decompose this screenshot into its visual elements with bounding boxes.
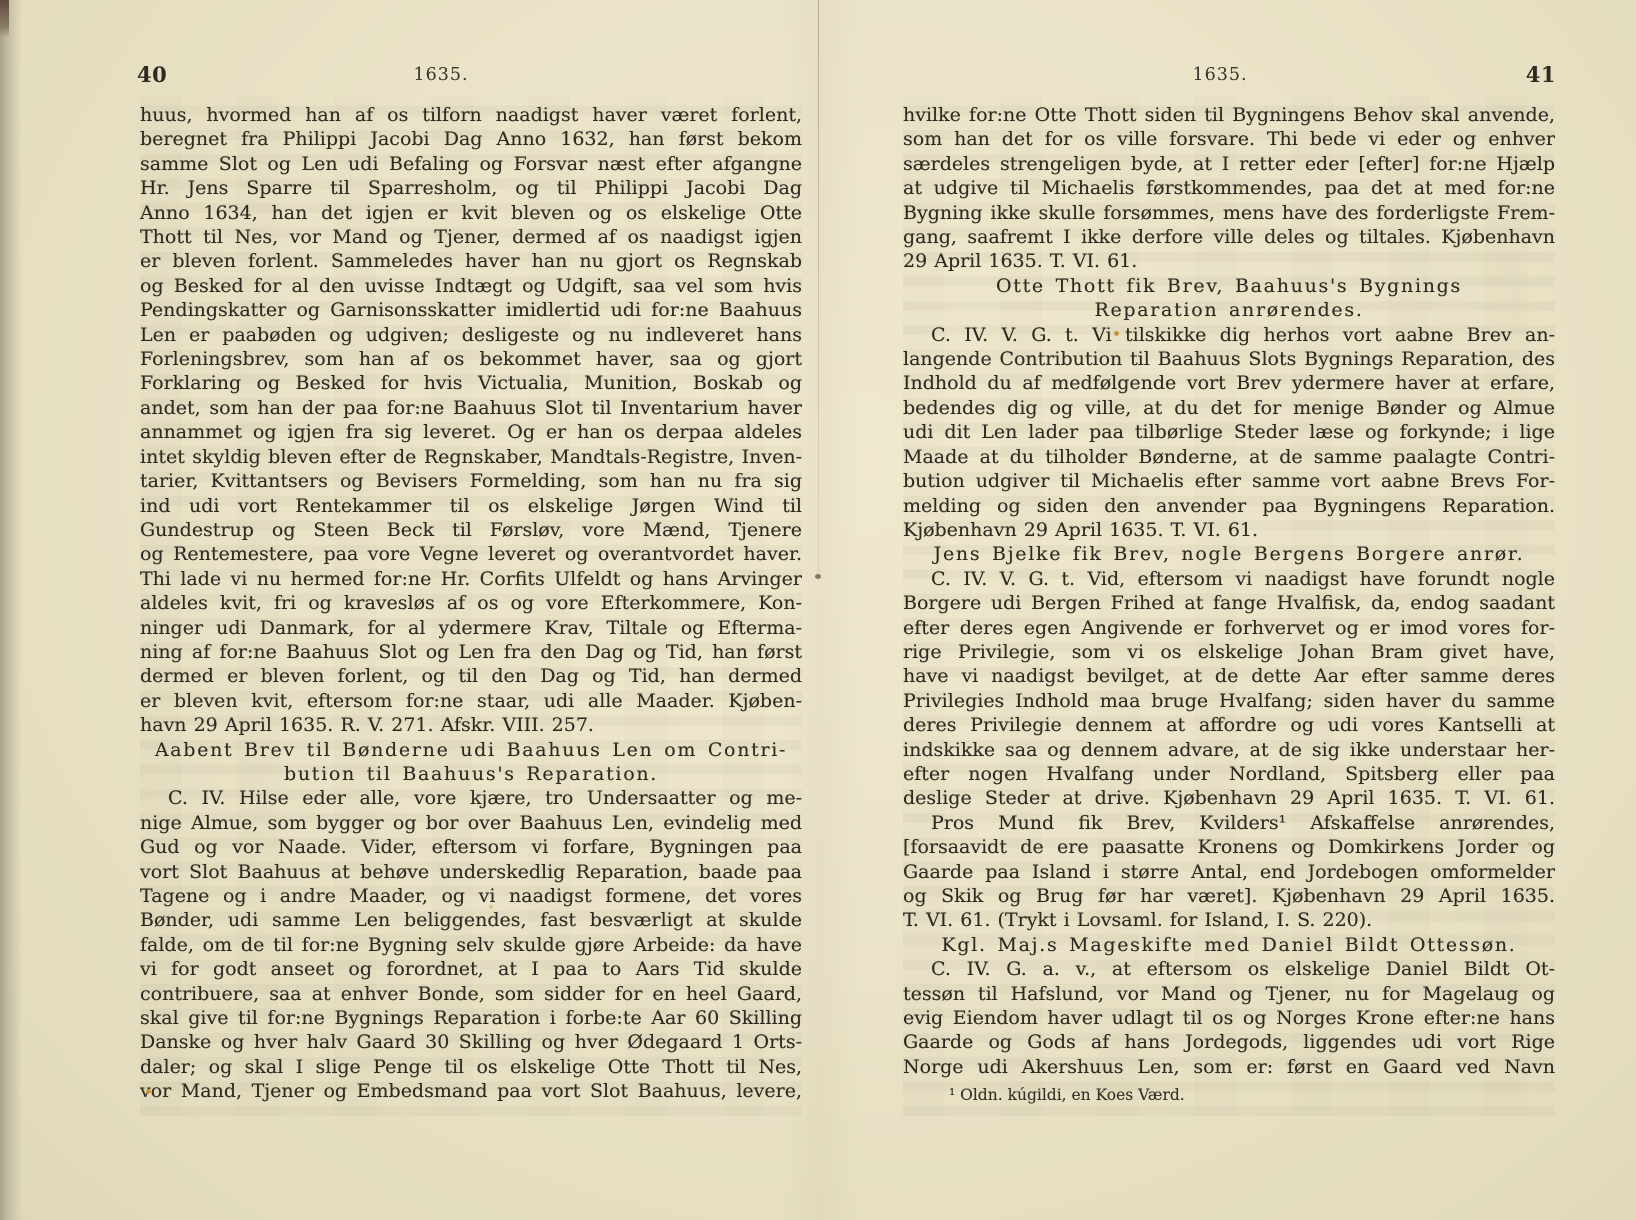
text-line: deslige Steder at drive. Kjøbenhavn 29 A… [903, 786, 1555, 810]
text-line: Indhold du af medfølgende vort Brev yder… [903, 371, 1555, 395]
text-line: Forleningsbrev, som han af os bekommet h… [140, 347, 802, 371]
text-line: intet skyldig bleven efter de Regnskaber… [140, 445, 802, 469]
letter-paragraph: Pros Mund fik Brev, Kvilders¹ Afskaffels… [903, 811, 1555, 933]
text-line: at udgive til Michaelis førstkommendes, … [903, 176, 1555, 200]
dust-speck [815, 574, 821, 579]
text-line: rige Privilegie, som vi os elskelige Joh… [903, 640, 1555, 664]
text-line: C. IV. V. G. t. Vid, eftersom vi naadigs… [903, 567, 1555, 591]
text-line: vi for godt anseet og forordnet, at I pa… [140, 957, 802, 981]
text-line: Gud og vor Naade. Vider, eftersom vi for… [140, 835, 802, 859]
text-line: Hr. Jens Sparre til Sparresholm, og til … [140, 176, 802, 200]
text-line: Jens Bjelke fik Brev, nogle Bergens Borg… [903, 542, 1555, 566]
binding-corner-mark [0, 0, 9, 38]
continuation-paragraph: hvilke for:ne Otte Thott siden til Bygni… [903, 103, 1555, 274]
book-edge [0, 0, 22, 1220]
letter-heading: Kgl. Maj.s Mageskifte med Daniel Bildt O… [903, 933, 1555, 957]
letter-paragraph: C. IV. G. a. v., at eftersom os elskelig… [903, 957, 1555, 1079]
foxing-speck [1528, 842, 1532, 846]
text-line: gang, saafremt I ikke derfore ville dele… [903, 225, 1555, 249]
text-line: Tagene og i andre Maader, og vi naadigst… [140, 884, 802, 908]
text-line: ning af for:ne Baahuus Slot og Len fra d… [140, 640, 802, 664]
text-blocks-right: hvilke for:ne Otte Thott siden til Bygni… [903, 103, 1555, 1079]
text-line: tessøn til Hafslund, vor Mand og Tjener,… [903, 982, 1555, 1006]
text-line: ind udi vort Rentekammer til os elskelig… [140, 494, 802, 518]
text-line: Otte Thott fik Brev, Baahuus's Bygnings [903, 274, 1555, 298]
letter-heading: Otte Thott fik Brev, Baahuus's BygningsR… [903, 274, 1555, 323]
text-line: efter deres egen Angivende er forhvervet… [903, 616, 1555, 640]
text-line: hvilke for:ne Otte Thott siden til Bygni… [903, 103, 1555, 127]
text-line: Anno 1634, han det igjen er kvit bleven … [140, 201, 802, 225]
text-line: C. IV. G. a. v., at eftersom os elskelig… [903, 957, 1555, 981]
text-line: Pendingskatter og Garnisonsskatter imidl… [140, 298, 802, 322]
text-line: som han det for os ville forsvare. Thi b… [903, 127, 1555, 151]
text-line: dermed er bleven forlent, og til den Dag… [140, 664, 802, 688]
text-line: annammet og igjen fra sig leveret. Og er… [140, 420, 802, 444]
text-line: Bønder, udi samme Len beliggendes, fast … [140, 908, 802, 932]
text-line: Gaarde paa Island i større Antal, end Jo… [903, 860, 1555, 884]
text-line: T. VI. 61. (Trykt i Lovsaml. for Island,… [903, 908, 1555, 932]
footnote: ¹ Oldn. kúgildi, en Koes Værd. [903, 1084, 1555, 1107]
text-line: bution udgiver til Michaelis efter samme… [903, 469, 1555, 493]
text-line: tarier, Kvittantsers og Bevisers Formeld… [140, 469, 802, 493]
text-line: Forklaring og Besked for hvis Victualia,… [140, 371, 802, 395]
text-column-right: hvilke for:ne Otte Thott siden til Bygni… [903, 103, 1555, 1107]
text-line: ninger udi Danmark, for al ydermere Krav… [140, 616, 802, 640]
running-head-left: 1635. [386, 65, 496, 85]
text-line: og Skik og Brug før har været]. Kjøbenha… [903, 884, 1555, 908]
text-line: Aabent Brev til Bønderne udi Baahuus Len… [140, 738, 802, 762]
text-line: falde, om de til for:ne Bygning selv sku… [140, 933, 802, 957]
text-line: melding og siden den anvender paa Bygnin… [903, 494, 1555, 518]
text-line: C. IV. V. G. t. Vi tilskikke dig herhos … [903, 323, 1555, 347]
text-line: andet, som han der paa for:ne Baahuus Sl… [140, 396, 802, 420]
text-line: udi dit Len lader paa tilbørlige Steder … [903, 420, 1555, 444]
text-line: Pros Mund fik Brev, Kvilders¹ Afskaffels… [903, 811, 1555, 835]
foxing-speck [1239, 186, 1243, 190]
text-line: langende Contribution til Baahuus Slots … [903, 347, 1555, 371]
text-line: contribuere, saa at enhver Bonde, som si… [140, 982, 802, 1006]
running-head-right: 1635. [1165, 65, 1275, 85]
text-line: Bygning ikke skulle forsømmes, mens have… [903, 201, 1555, 225]
text-line: særdeles strengeligen byde, at I retter … [903, 152, 1555, 176]
text-line: Gundestrup og Steen Beck til Førsløv, vo… [140, 518, 802, 542]
text-line: nige Almue, som bygger og bor over Baahu… [140, 811, 802, 835]
text-line: Danske og hver halv Gaard 30 Skilling og… [140, 1030, 802, 1054]
letter-paragraph: C. IV. Hilse eder alle, vore kjære, tro … [140, 786, 802, 1103]
foxing-speck [1114, 331, 1119, 336]
text-line: er bleven forlent. Sammeledes haver han … [140, 249, 802, 273]
foxing-speck [489, 905, 493, 909]
text-line: og Besked for al den uvisse Indtægt og U… [140, 274, 802, 298]
text-line: Kjøbenhavn 29 April 1635. T. VI. 61. [903, 518, 1555, 542]
text-line: aldeles kvit, fri og kravesløs af os og … [140, 591, 802, 615]
text-line: beregnet fra Philippi Jacobi Dag Anno 16… [140, 127, 802, 151]
letter-heading: Jens Bjelke fik Brev, nogle Bergens Borg… [903, 542, 1555, 566]
text-line: evig Eiendom haver udlagt til os og Norg… [903, 1006, 1555, 1030]
text-line: indskikke saa og dennem advare, at de si… [903, 738, 1555, 762]
text-line: [forsaavidt de ere paasatte Kronens og D… [903, 835, 1555, 859]
page-number-right: 41 [1512, 62, 1556, 87]
text-line: vort Slot Baahuus at behøve underskedlig… [140, 860, 802, 884]
text-line: Norge udi Akershuus Len, som er: først e… [903, 1055, 1555, 1079]
text-line: Thott til Nes, vor Mand og Tjener, derme… [140, 225, 802, 249]
text-line: skal give til for:ne Bygnings Reparation… [140, 1006, 802, 1030]
text-line: efter nogen Hvalfang under Nordland, Spi… [903, 762, 1555, 786]
text-line: Privilegies Indhold maa bruge Hvalfang; … [903, 689, 1555, 713]
text-line: have vi naadigst bevilget, at de dette A… [903, 664, 1555, 688]
text-line: Maade at du tilholder Bønderne, at de sa… [903, 445, 1555, 469]
text-line: Thi lade vi nu hermed for:ne Hr. Corfits… [140, 567, 802, 591]
center-crease [818, 0, 819, 578]
text-line: samme Slot og Len udi Befaling og Forsva… [140, 152, 802, 176]
text-line: er bleven kvit, eftersom for:ne staar, u… [140, 689, 802, 713]
text-line: havn 29 April 1635. R. V. 271. Afskr. VI… [140, 713, 802, 737]
text-line: daler; og skal I slige Penge til os elsk… [140, 1055, 802, 1079]
text-line: deres Privilegie dennem at affordre og u… [903, 713, 1555, 737]
book-spread: 40 1635. huus, hvormed han af os tilforn… [0, 0, 1636, 1220]
foxing-speck [146, 1089, 151, 1094]
page-number-left: 40 [137, 62, 167, 87]
text-line: Kgl. Maj.s Mageskifte med Daniel Bildt O… [903, 933, 1555, 957]
text-line: Len er paabøden og udgiven; desligeste o… [140, 323, 802, 347]
continuation-paragraph: huus, hvormed han af os tilforn naadigst… [140, 103, 802, 738]
text-line: Gaarde og Gods af hans Jordegods, liggen… [903, 1030, 1555, 1054]
text-line: vor Mand, Tjener og Embedsmand paa vort … [140, 1079, 802, 1103]
text-line: bution til Baahuus's Reparation. [140, 762, 802, 786]
text-line: C. IV. Hilse eder alle, vore kjære, tro … [140, 786, 802, 810]
letter-paragraph: C. IV. V. G. t. Vi tilskikke dig herhos … [903, 323, 1555, 543]
letter-paragraph: C. IV. V. G. t. Vid, eftersom vi naadigs… [903, 567, 1555, 811]
text-line: bedendes dig og ville, at du det for men… [903, 396, 1555, 420]
text-line: Reparation anrørendes. [903, 298, 1555, 322]
text-line: og Rentemestere, paa vore Vegne leveret … [140, 542, 802, 566]
letter-heading: Aabent Brev til Bønderne udi Baahuus Len… [140, 738, 802, 787]
text-line: Borgere udi Bergen Frihed at fange Hvalf… [903, 591, 1555, 615]
text-line: 29 April 1635. T. VI. 61. [903, 249, 1555, 273]
text-line: huus, hvormed han af os tilforn naadigst… [140, 103, 802, 127]
text-column-left: huus, hvormed han af os tilforn naadigst… [140, 103, 802, 1104]
